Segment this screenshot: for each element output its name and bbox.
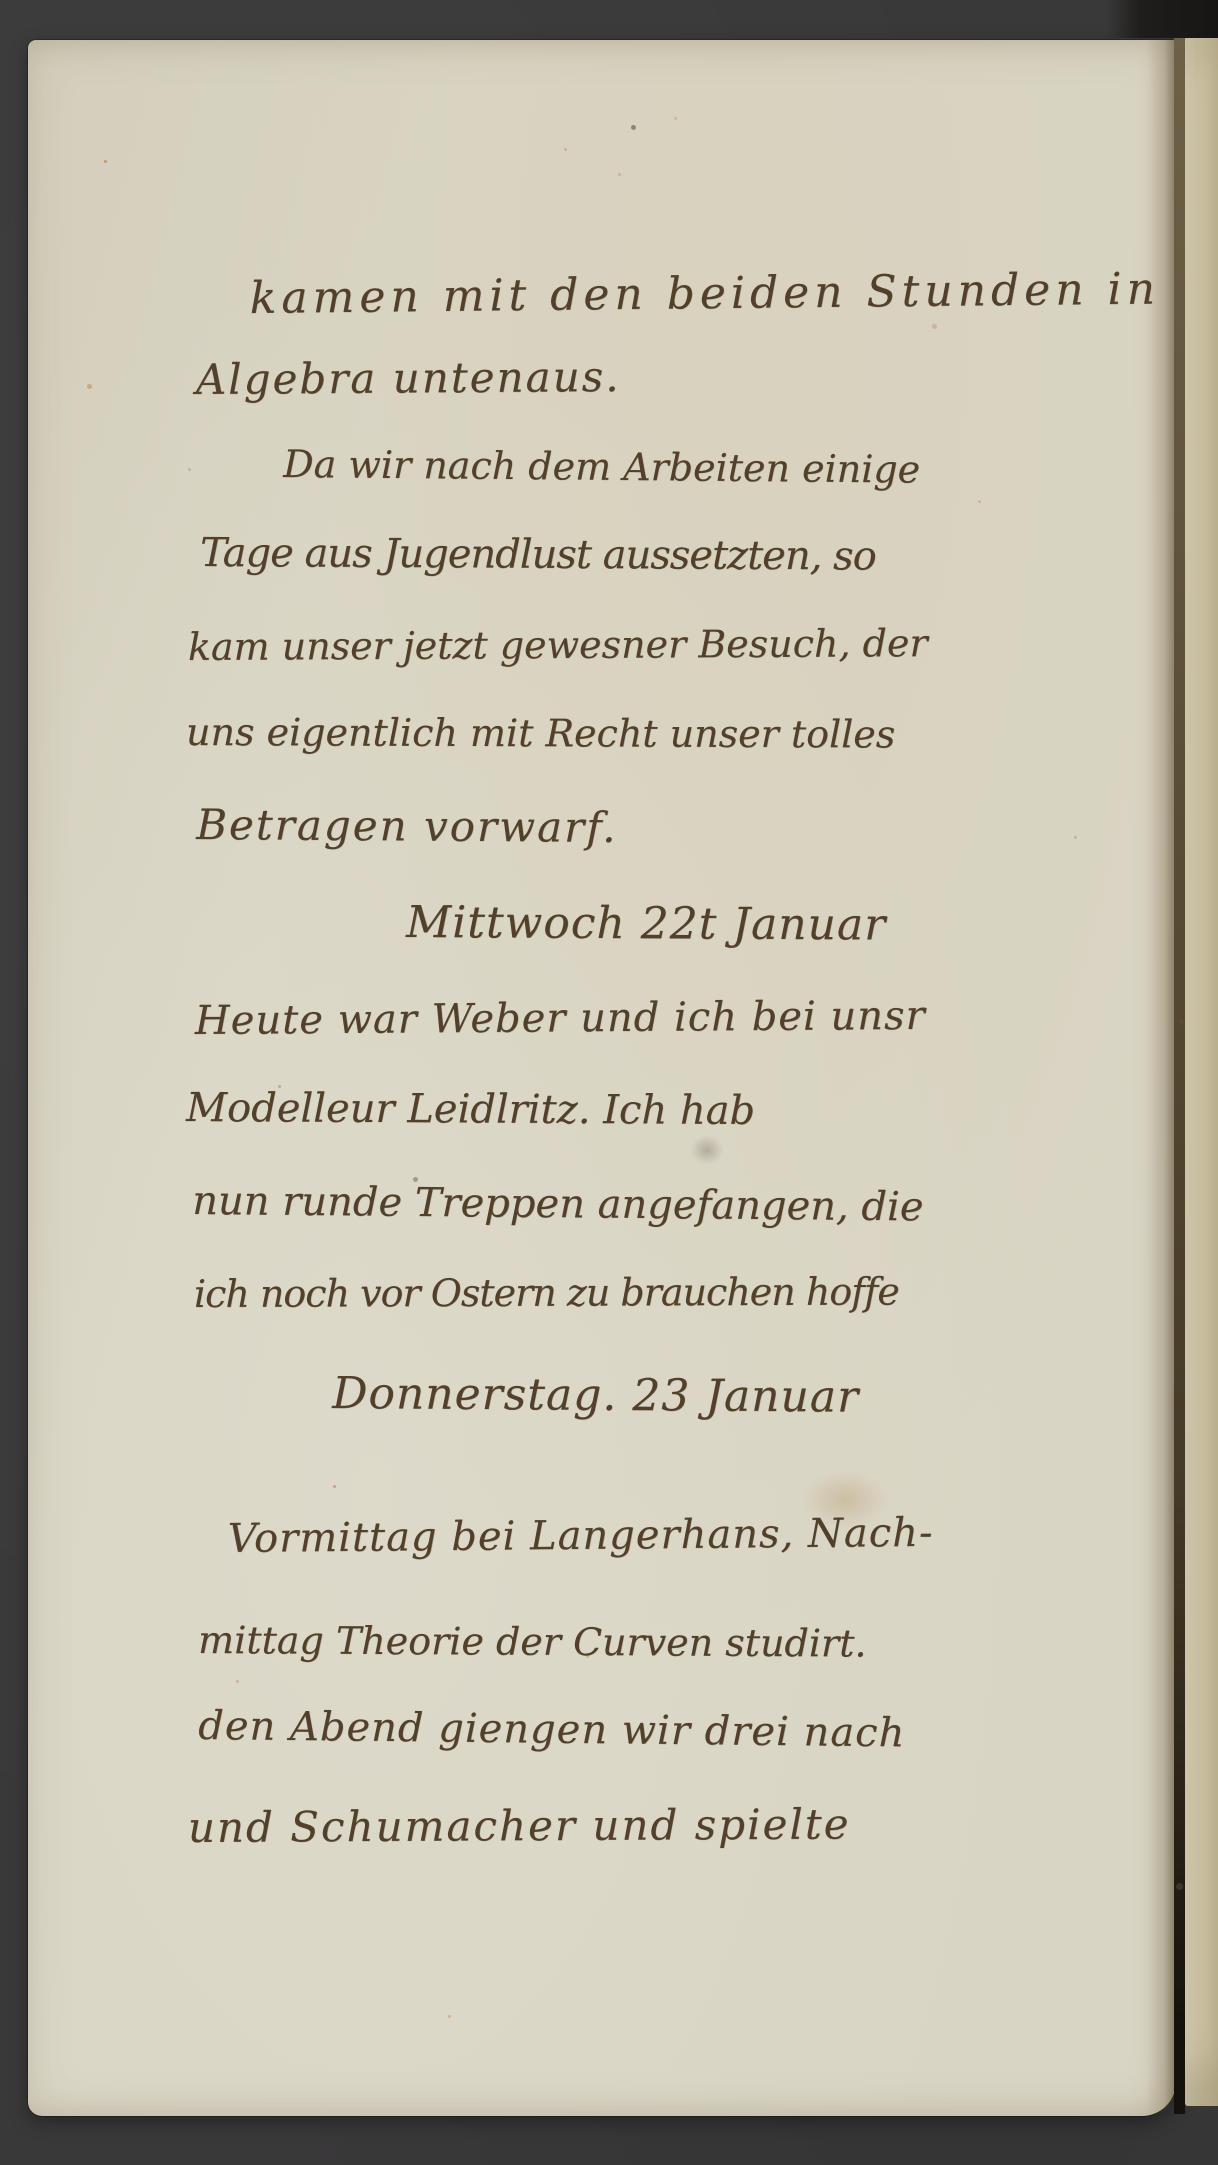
handwritten-line: nun runde Treppen angefangen, die xyxy=(192,1178,924,1230)
handwritten-line: Da wir nach dem Arbeiten einige xyxy=(283,442,920,492)
handwritten-line: Betragen vorwarf. xyxy=(196,800,618,852)
scan-background: { "document": { "kind": "handwritten dia… xyxy=(0,0,1218,2165)
handwritten-line: uns eigentlich mit Recht unser tolles xyxy=(186,710,895,756)
page-text: kamen mit den beiden Stunden in Algebra … xyxy=(0,0,1218,2165)
handwritten-line: kam unser jetzt gewesner Besuch, der xyxy=(188,621,928,669)
handwritten-line: Modelleur Leidlritz. Ich hab xyxy=(186,1085,755,1134)
handwritten-line: mittag Theorie der Curven studirt. xyxy=(198,1618,867,1665)
handwritten-line: Vormittag bei Langerhans, Nach- xyxy=(228,1510,934,1562)
date-heading: Donnerstag. 23 Januar xyxy=(332,1368,859,1423)
handwritten-line: Heute war Weber und ich bei unsr xyxy=(195,993,926,1044)
handwritten-line: ich noch vor Ostern zu brauchen hoffe xyxy=(194,1270,899,1316)
handwritten-line: Tage aus Jugendlust aussetzten, so xyxy=(200,530,876,580)
handwritten-line: den Abend giengen wir drei nach xyxy=(198,1703,906,1756)
handwritten-line: Algebra untenaus. xyxy=(196,352,621,404)
date-heading: Mittwoch 22t Januar xyxy=(406,897,886,951)
handwritten-line: kamen mit den beiden Stunden in xyxy=(249,263,1160,324)
handwritten-line: und Schumacher und spielte xyxy=(188,1800,851,1852)
